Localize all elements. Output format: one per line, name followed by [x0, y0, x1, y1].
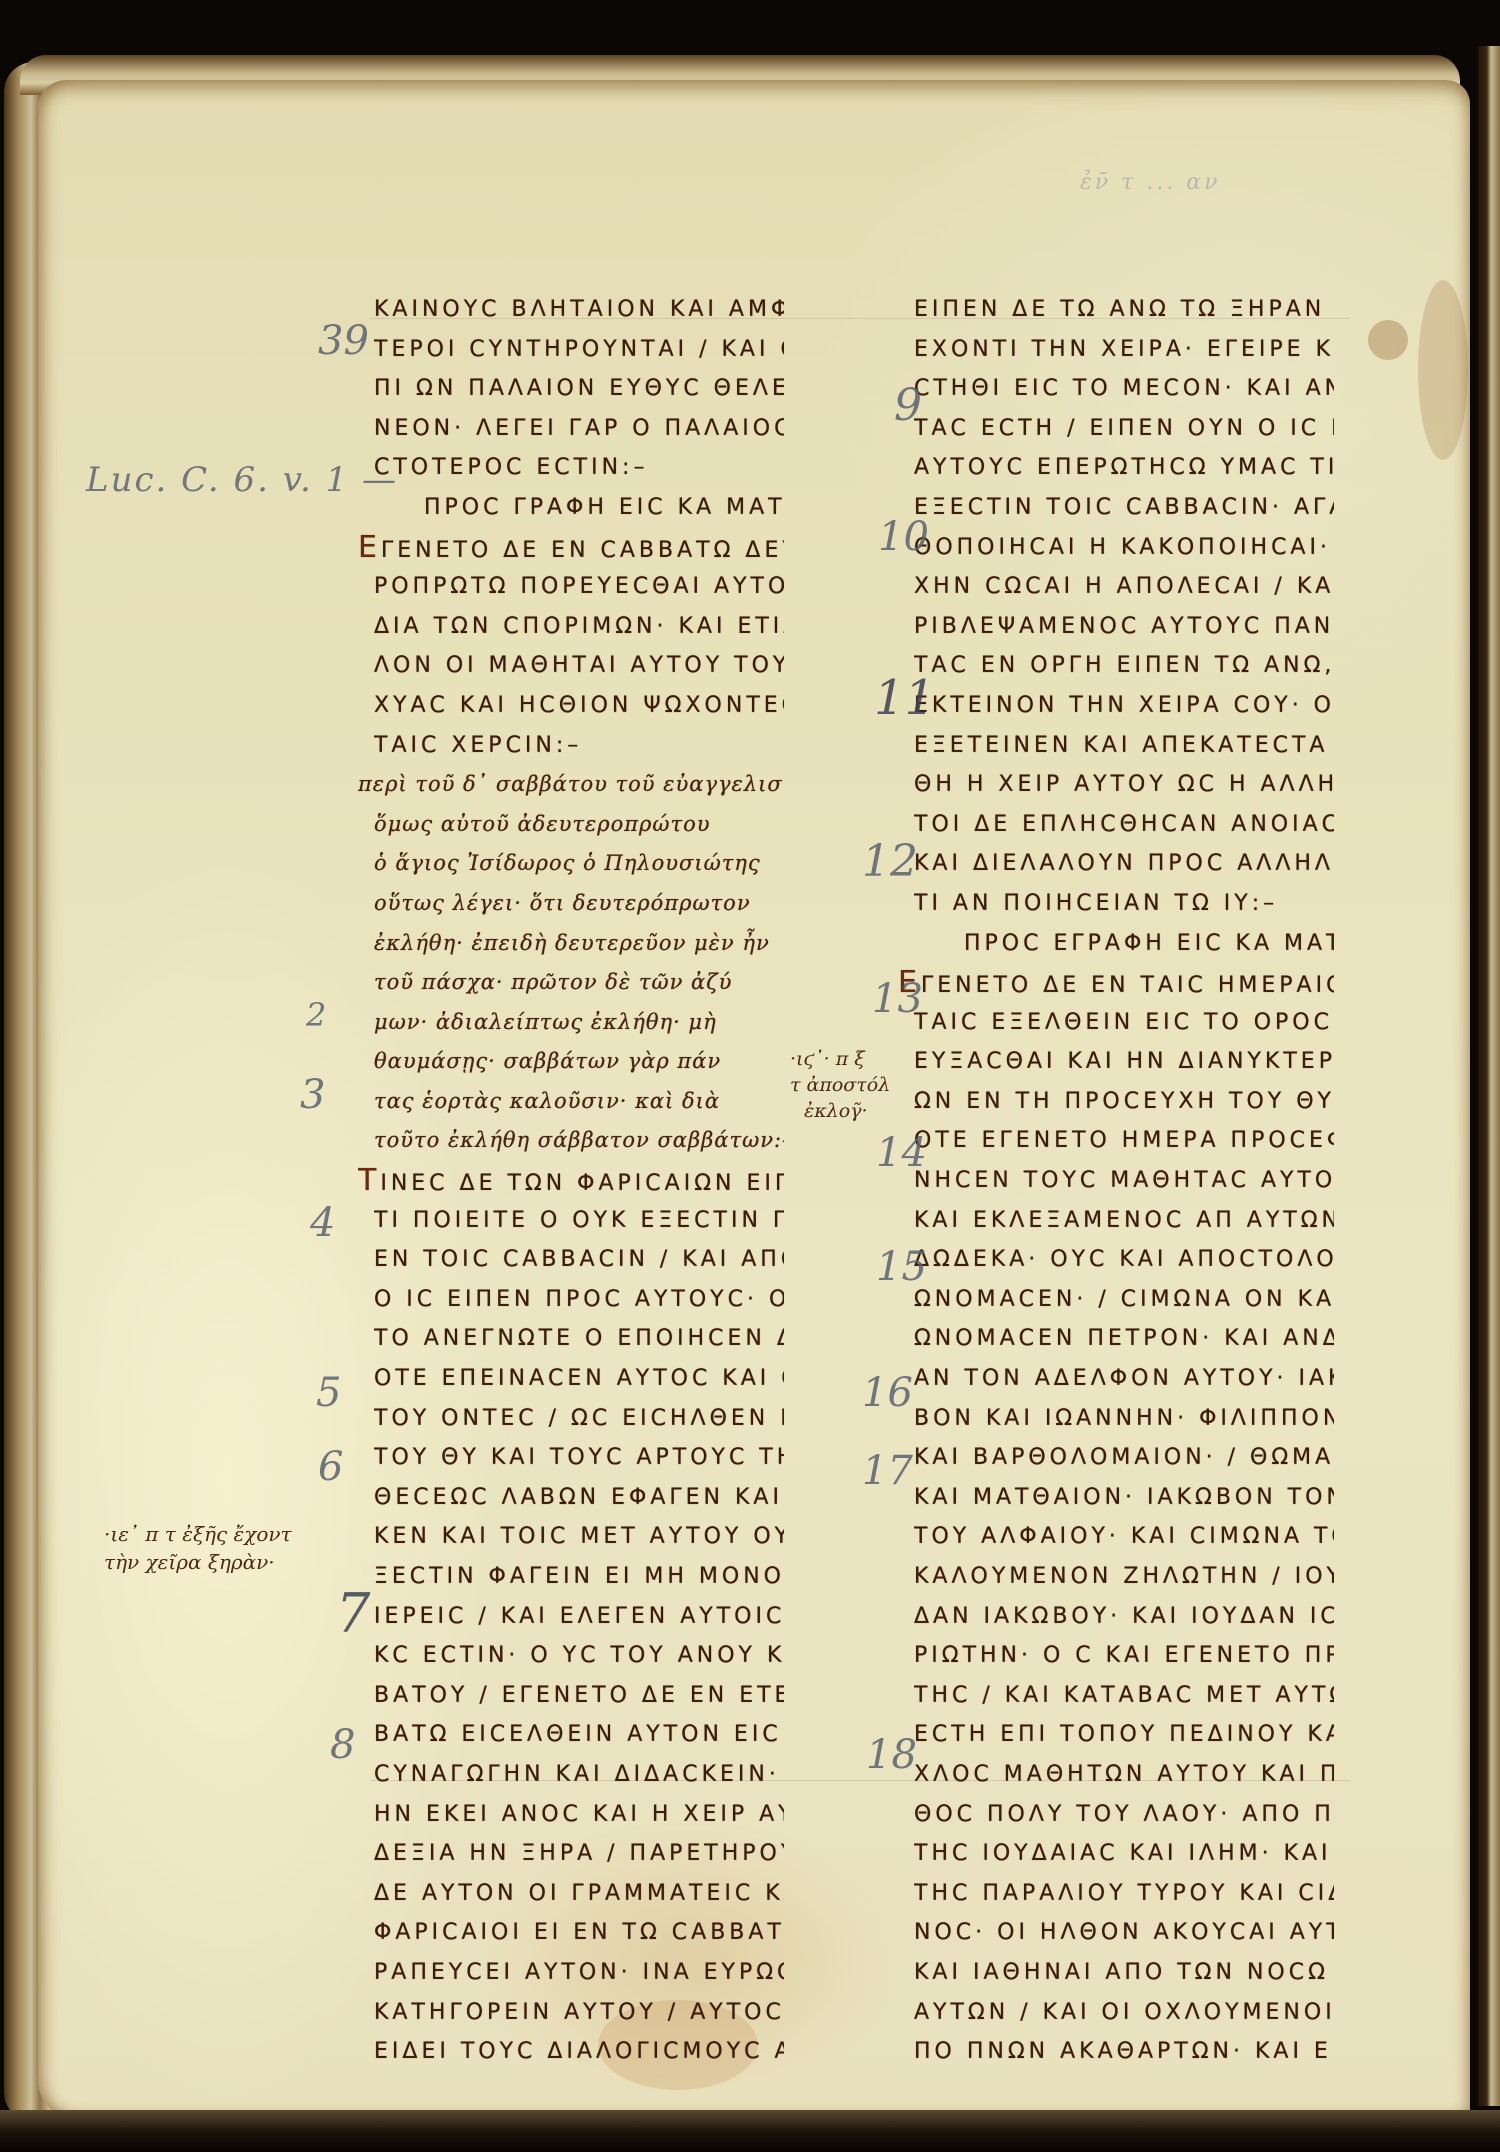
scholia-line: τοῦ πάσχα· πρῶτον δὲ τῶν ἀζύ — [374, 963, 784, 1003]
text-line: ΔΩΔΕΚΑ· ΟΥϹ ΚΑΙ ΑΠΟϹΤΟΛΟΥϹ — [914, 1240, 1334, 1280]
text-line: ΤΟΥ ΟΝΤΕϹ / ΩϹ ΕΙϹΗΛΘΕΝ ΕΙϹ ΤΟΝ ΟΙΚΟ — [374, 1399, 784, 1439]
text-line: ϹΥΝΑΓΩΓΗΝ ΚΑΙ ΔΙΔΑϹΚΕΙΝ· ΚΑΙ — [374, 1755, 784, 1795]
lectionary-note-line: τ ἀποστόλ — [790, 1072, 890, 1098]
scholia-line: θαυμάσῃς· σαββάτων γὰρ πάν — [374, 1042, 784, 1082]
verse-number: 15 — [876, 1244, 927, 1290]
text-line: ΚΑΛΟΥΜΕΝΟΝ ΖΗΛΩΤΗΝ / ΙΟΥ — [914, 1557, 1334, 1597]
text-line: ΒΑΤΟΥ / ΕΓΕΝΕΤΟ ΔΕ ΕΝ ΕΤΕΡΩ ϹΑΒ — [374, 1676, 784, 1716]
text-line: ΡΙΩΤΗΝ· Ο Ϲ ΚΑΙ ΕΓΕΝΕΤΟ ΠΡΟΔΟ — [914, 1636, 1334, 1676]
text-line: ΛΟΝ ΟΙ ΜΑΘΗΤΑΙ ΑΥΤΟΥ ΤΟΥϹ ϹΤΑ — [374, 646, 784, 686]
text-line: ΘΗ Η ΧΕΙΡ ΑΥΤΟΥ ΩϹ Η ΑΛΛΗ / ΑΥ — [914, 765, 1334, 805]
pencil-chapter-reference: Luc. C. 6. v. 1 — — [86, 460, 398, 500]
text-line: ΒΟΝ ΚΑΙ ΙΩΑΝΝΗΝ· ΦΙΛΙΠΠΟΝ — [914, 1399, 1334, 1439]
text-line: ΘΕϹΕΩϹ ΛΑΒΩΝ ΕΦΑΓΕΝ ΚΑΙ ΕΔΩ — [374, 1478, 784, 1518]
text-line: ΒΑΤΩ ΕΙϹΕΛΘΕΙΝ ΑΥΤΟΝ ΕΙϹ ΤΗ — [374, 1715, 784, 1755]
text-line: ΗΝ ΕΚΕΙ ΑΝΟϹ ΚΑΙ Η ΧΕΙΡ ΑΥΤΟΥ Η — [374, 1795, 784, 1835]
verse-number: 7 — [336, 1582, 370, 1645]
text-line: ϹΤΟΤΕΡΟϹ ΕϹΤΙΝ:– — [374, 448, 784, 488]
lectionary-note-center: ·ιϛ᾽· π ξ τ ἀποστόλ ἐκλογ̃· — [790, 1046, 890, 1124]
lectionary-note-left: ·ιε᾽ π τ ἐξῆς ἔχοντ τὴν χεῖρα ξηρὰν· — [104, 1520, 292, 1576]
text-line: ΑΥΤΩΝ / ΚΑΙ ΟΙ ΟΧΛΟΥΜΕΝΟΙ Υ — [914, 1993, 1334, 2033]
verse-number: 8 — [330, 1722, 355, 1768]
scholia-line: τας ἑορτὰς καλοῦσιν· καὶ διὰ — [374, 1082, 784, 1122]
page-bottom-shadow — [0, 2110, 1500, 2152]
text-line: ΚΑΙ ΙΑΘΗΝΑΙ ΑΠΟ ΤΩΝ ΝΟϹΩ — [914, 1953, 1334, 1993]
text-line: ΤΟΙ ΔΕ ΕΠΛΗϹΘΗϹΑΝ ΑΝΟΙΑϹ· — [914, 805, 1334, 845]
text-line: ΡΟΠΡΩΤΩ ΠΟΡΕΥΕϹΘΑΙ ΑΥΤΟΝ — [374, 567, 784, 607]
text-line: ΚΑΙ ΔΙΕΛΑΛΟΥΝ ΠΡΟϹ ΑΛΛΗΛΟΥϹ — [914, 844, 1334, 884]
verse-number: 12 — [862, 836, 918, 887]
text-line: ΚϹ ΕϹΤΙΝ· Ο ΥϹ ΤΟΥ ΑΝΟΥ ΚΑΙ ΤΟΥ ϹΑΒ — [374, 1636, 784, 1676]
scholia-line: τοῦτο ἐκλήθη σάββατον σαββάτων:– — [374, 1121, 784, 1161]
text-line: ΚΑΙ ΜΑΤΘΑΙΟΝ· ΙΑΚΩΒΟΝ ΤΟΝ — [914, 1478, 1334, 1518]
text-line: ΤΗϹ / ΚΑΙ ΚΑΤΑΒΑϹ ΜΕΤ ΑΥΤΩΝ — [914, 1676, 1334, 1716]
verse-number: 4 — [310, 1200, 335, 1246]
text-line: ΙΕΡΕΙϹ / ΚΑΙ ΕΛΕΓΕΝ ΑΥΤΟΙϹ Ο ΙϹ ΟΤΙ — [374, 1597, 784, 1637]
text-line: ΧΥΑϹ ΚΑΙ ΗϹΘΙΟΝ ΨΩΧΟΝΤΕϹ — [374, 686, 784, 726]
lectionary-note-line: ·ιε᾽ π τ ἐξῆς ἔχοντ — [104, 1520, 292, 1548]
section-title: ΠΡΟϹ ΓΡΑΦΗ ΕΙϹ ΚΑ ΜΑΤ:· — [374, 488, 784, 528]
verse-number: 17 — [862, 1448, 913, 1494]
text-line: ΕΧΟΝΤΙ ΤΗΝ ΧΕΙΡΑ· ΕΓΕΙΡΕ ΚΑΙ — [914, 330, 1334, 370]
text-line: ϹΤΗΘΙ ΕΙϹ ΤΟ ΜΕϹΟΝ· ΚΑΙ ΑΝΑϹ — [914, 369, 1334, 409]
verse-number: 10 — [878, 514, 929, 560]
text-line: ΝΕΟΝ· ΛΕΓΕΙ ΓΑΡ Ο ΠΑΛΑΙΟϹ ΧΡΗ — [374, 409, 784, 449]
text-line: ΝΟϹ· ΟΙ ΗΛΘΟΝ ΑΚΟΥϹΑΙ ΑΥΤΟΥ — [914, 1913, 1334, 1953]
text-line: ΔΕ ΑΥΤΟΝ ΟΙ ΓΡΑΜΜΑΤΕΙϹ ΚΑΙ ΟΙ — [374, 1874, 784, 1914]
text-line: ΡΑΠΕΥϹΕΙ ΑΥΤΟΝ· ΙΝΑ ΕΥΡΩϹΙΝ — [374, 1953, 784, 1993]
text-line: ΕΙΔΕΙ ΤΟΥϹ ΔΙΑΛΟΓΙϹΜΟΥϹ ΑΥΤΩ: — [374, 2032, 784, 2072]
text-line: ΕΓΕΝΕΤΟ ΔΕ ΕΝ ϹΑΒΒΑΤΩ ΔΕΥΤΕ — [358, 528, 784, 568]
text-line: ΑΥΤΟΥϹ ΕΠΕΡΩΤΗϹΩ ΥΜΑϹ ΤΙ — [914, 448, 1334, 488]
verse-number: 39 — [318, 318, 369, 364]
scholia-line: ὅμως αὐτοῦ ἀδευτεροπρώτου — [374, 805, 784, 845]
text-line: ΚΑΙ ΕΚΛΕΞΑΜΕΝΟϹ ΑΠ ΑΥΤΩΝ — [914, 1201, 1334, 1241]
text-line: ΧΛΟϹ ΜΑΘΗΤΩΝ ΑΥΤΟΥ ΚΑΙ ΠΛΗ — [914, 1755, 1334, 1795]
verse-number: 16 — [862, 1370, 913, 1416]
lectionary-note-line: ·ιϛ᾽· π ξ — [790, 1046, 890, 1072]
text-line: ΤΑΙϹ ΕΞΕΛΘΕΙΝ ΕΙϹ ΤΟ ΟΡΟϹ ΠΡΟϹ — [914, 1003, 1334, 1043]
verse-number: 14 — [876, 1130, 927, 1176]
next-leaf-edge — [1478, 46, 1500, 2106]
faint-top-annotation: ε̉ν̄ τ ... αν — [1080, 170, 1221, 195]
text-line: ΞΕϹΤΙΝ ΦΑΓΕΙΝ ΕΙ ΜΗ ΜΟΝΟΥϹ ΤΟΥϹ — [374, 1557, 784, 1597]
scholia-line: μων· ἀδιαλείπτως ἐκλήθη· μὴ — [374, 1003, 784, 1043]
text-column-left: ΚΑΙΝΟΥϹ ΒΛΗΤΑΙΟΝ ΚΑΙ ΑΜΦΟ ΤΕΡΟΙ ϹΥΝΤΗΡΟΥ… — [374, 290, 784, 2072]
text-line: ΟΤΕ ΕΠΕΙΝΑϹΕΝ ΑΥΤΟϹ ΚΑΙ ΟΙ ΜΕΤ ΑΥ — [374, 1359, 784, 1399]
section-title: ΠΡΟϹ ΕΓΡΑΦΗ ΕΙϹ ΚΑ ΜΑΤ — [914, 924, 1334, 964]
text-column-right: ΕΙΠΕΝ ΔΕ ΤΩ ΑΝΩ ΤΩ ΞΗΡΑΝ ΕΧΟΝΤΙ ΤΗΝ ΧΕΙΡ… — [914, 290, 1334, 2072]
text-line: ΤΑΙϹ ΧΕΡϹΙΝ:– — [374, 726, 784, 766]
verse-number: 6 — [318, 1444, 343, 1490]
text-line: ΤΙ ΑΝ ΠΟΙΗϹΕΙΑΝ ΤΩ ΙΥ:– — [914, 884, 1334, 924]
text-line: ΕΞΕϹΤΙΝ ΤΟΙϹ ϹΑΒΒΑϹΙΝ· ΑΓΑ — [914, 488, 1334, 528]
text-line: ΧΗΝ ϹΩϹΑΙ Η ΑΠΟΛΕϹΑΙ / ΚΑΙ ΠΕ — [914, 567, 1334, 607]
text-line: ΑΝ ΤΟΝ ΑΔΕΛΦΟΝ ΑΥΤΟΥ· ΙΑΚΩ — [914, 1359, 1334, 1399]
text-line: ΩΝΟΜΑϹΕΝ ΠΕΤΡΟΝ· ΚΑΙ ΑΝΔΡΕ — [914, 1319, 1334, 1359]
verse-number: 13 — [872, 976, 923, 1022]
text-line: ΤΗϹ ΙΟΥΔΑΙΑϹ ΚΑΙ ΙΛΗΜ· ΚΑΙ — [914, 1834, 1334, 1874]
text-line: ΤΕΡΟΙ ϹΥΝΤΗΡΟΥΝΤΑΙ / ΚΑΙ ΟΥΔΕΙϹ — [374, 330, 784, 370]
text-line: ΤΙ ΠΟΙΕΙΤΕ Ο ΟΥΚ ΕΞΕϹΤΙΝ ΠΟΙΕΙΝ — [374, 1201, 784, 1241]
text-line: ΚΑΙ ΒΑΡΘΟΛΟΜΑΙΟΝ· / ΘΩΜΑΝ — [914, 1438, 1334, 1478]
scholia-line: περὶ τοῦ δ᾽ σαββάτου τοῦ εὐαγγελιστ — [358, 765, 784, 805]
text-line: ΕΓΕΝΕΤΟ ΔΕ ΕΝ ΤΑΙϹ ΗΜΕΡΑΙϹ ΤΑΥ — [898, 963, 1334, 1003]
scholia-line: ἐκλήθη· ἐπειδὴ δευτερεῦον μὲν ἦν — [374, 924, 784, 964]
text-line: ΩΝ ΕΝ ΤΗ ΠΡΟϹΕΥΧΗ ΤΟΥ ΘΥ· ΚΑΙ — [914, 1082, 1334, 1122]
text-line: ΩΝΟΜΑϹΕΝ· / ϹΙΜΩΝΑ ΟΝ ΚΑΙ — [914, 1280, 1334, 1320]
text-line: ΝΗϹΕΝ ΤΟΥϹ ΜΑΘΗΤΑϹ ΑΥΤΟΥ — [914, 1161, 1334, 1201]
text-line: ΠΟ ΠΝΩΝ ΑΚΑΘΑΡΤΩΝ· ΚΑΙ Ε — [914, 2032, 1334, 2072]
text-line: ΤΑϹ ΕϹΤΗ / ΕΙΠΕΝ ΟΥΝ Ο ΙϹ ΠΡΟϹ — [914, 409, 1334, 449]
scholia-line: ὁ ἅγιος Ἰσίδωρος ὁ Πηλουσιώτης — [374, 844, 784, 884]
text-line: ΘΟΠΟΙΗϹΑΙ Η ΚΑΚΟΠΟΙΗϹΑΙ· ΨΥ — [914, 528, 1334, 568]
text-line: ΕΚΤΕΙΝΟΝ ΤΗΝ ΧΕΙΡΑ ϹΟΥ· Ο ΔΕ — [914, 686, 1334, 726]
text-line: Ο ΙϹ ΕΙΠΕΝ ΠΡΟϹ ΑΥΤΟΥϹ· ΟΥΔΕ ΤΟΥ — [374, 1280, 784, 1320]
text-line: ΤΑϹ ΕΝ ΟΡΓΗ ΕΙΠΕΝ ΤΩ ΑΝΩ, — [914, 646, 1334, 686]
text-line: ΕΞΕΤΕΙΝΕΝ ΚΑΙ ΑΠΕΚΑΤΕϹΤΑ — [914, 726, 1334, 766]
text-line: ΕΝ ΤΟΙϹ ϹΑΒΒΑϹΙΝ / ΚΑΙ ΑΠΟΚΡΙΘΕΙϹ — [374, 1240, 784, 1280]
verse-number: 3 — [300, 1072, 325, 1118]
text-line: ΕϹΤΗ ΕΠΙ ΤΟΠΟΥ ΠΕΔΙΝΟΥ ΚΑΙ Ο — [914, 1715, 1334, 1755]
text-line: ΚΑΙΝΟΥϹ ΒΛΗΤΑΙΟΝ ΚΑΙ ΑΜΦΟ — [374, 290, 784, 330]
verse-number: 11 — [874, 670, 935, 726]
text-line: ΔΙΑ ΤΩΝ ϹΠΟΡΙΜΩΝ· ΚΑΙ ΕΤΙΛ — [374, 607, 784, 647]
text-line: ΦΑΡΙϹΑΙΟΙ ΕΙ ΕΝ ΤΩ ϹΑΒΒΑΤΩ ΘΕ — [374, 1913, 784, 1953]
text-line: ΤΟΥ ΘΥ ΚΑΙ ΤΟΥϹ ΑΡΤΟΥϹ ΤΗϹ ΠΡΟ — [374, 1438, 784, 1478]
verse-number: 2 — [306, 996, 326, 1034]
text-line: ΤΟΥ ΑΛΦΑΙΟΥ· ΚΑΙ ϹΙΜΩΝΑ ΤΟΝ — [914, 1517, 1334, 1557]
text-line: ΡΙΒΛΕΨΑΜΕΝΟϹ ΑΥΤΟΥϹ ΠΑΝ — [914, 607, 1334, 647]
verse-number: 18 — [866, 1732, 917, 1778]
text-line: ΕΙΠΕΝ ΔΕ ΤΩ ΑΝΩ ΤΩ ΞΗΡΑΝ — [914, 290, 1334, 330]
foxing-stain — [1368, 320, 1408, 360]
text-line: ΤΙΝΕϹ ΔΕ ΤΩΝ ΦΑΡΙϹΑΙΩΝ ΕΙΠΑΝ — [358, 1161, 784, 1201]
verse-number: 5 — [316, 1370, 341, 1416]
text-line: ΟΤΕ ΕΓΕΝΕΤΟ ΗΜΕΡΑ ΠΡΟϹΕΦΩ — [914, 1121, 1334, 1161]
lectionary-note-line: τὴν χεῖρα ξηρὰν· — [104, 1548, 292, 1576]
verse-number: 9 — [894, 380, 922, 431]
text-line: ΚΕΝ ΚΑΙ ΤΟΙϹ ΜΕΤ ΑΥΤΟΥ ΟΥϹ ΟΥΚ Ε — [374, 1517, 784, 1557]
text-line: ΠΙ ΩΝ ΠΑΛΑΙΟΝ ΕΥΘΥϹ ΘΕΛΕΙ — [374, 369, 784, 409]
text-line: ΤΗϹ ΠΑΡΑΛΙΟΥ ΤΥΡΟΥ ΚΑΙ ϹΙΔΩ — [914, 1874, 1334, 1914]
text-line: ΕΥΞΑϹΘΑΙ ΚΑΙ ΗΝ ΔΙΑΝΥΚΤΕΡΕΥ — [914, 1042, 1334, 1082]
text-line: ΔΑΝ ΙΑΚΩΒΟΥ· ΚΑΙ ΙΟΥΔΑΝ ΙϹΚΑ — [914, 1597, 1334, 1637]
text-line: ΚΑΤΗΓΟΡΕΙΝ ΑΥΤΟΥ / ΑΥΤΟϹ ΔΕ — [374, 1993, 784, 2033]
text-line: ΘΟϹ ΠΟΛΥ ΤΟΥ ΛΑΟΥ· ΑΠΟ ΠΑϹΗϹ, — [914, 1795, 1334, 1835]
text-line: ΔΕΞΙΑ ΗΝ ΞΗΡΑ / ΠΑΡΕΤΗΡΟΥΝΤΟ — [374, 1834, 784, 1874]
scholia-line: οὕτως λέγει· ὅτι δευτερόπρωτον — [374, 884, 784, 924]
text-line: ΤΟ ΑΝΕΓΝΩΤΕ Ο ΕΠΟΙΗϹΕΝ ΔΑΔ — [374, 1319, 784, 1359]
foxing-stain — [1418, 280, 1468, 460]
lectionary-note-line: ἐκλογ̃· — [790, 1098, 890, 1124]
